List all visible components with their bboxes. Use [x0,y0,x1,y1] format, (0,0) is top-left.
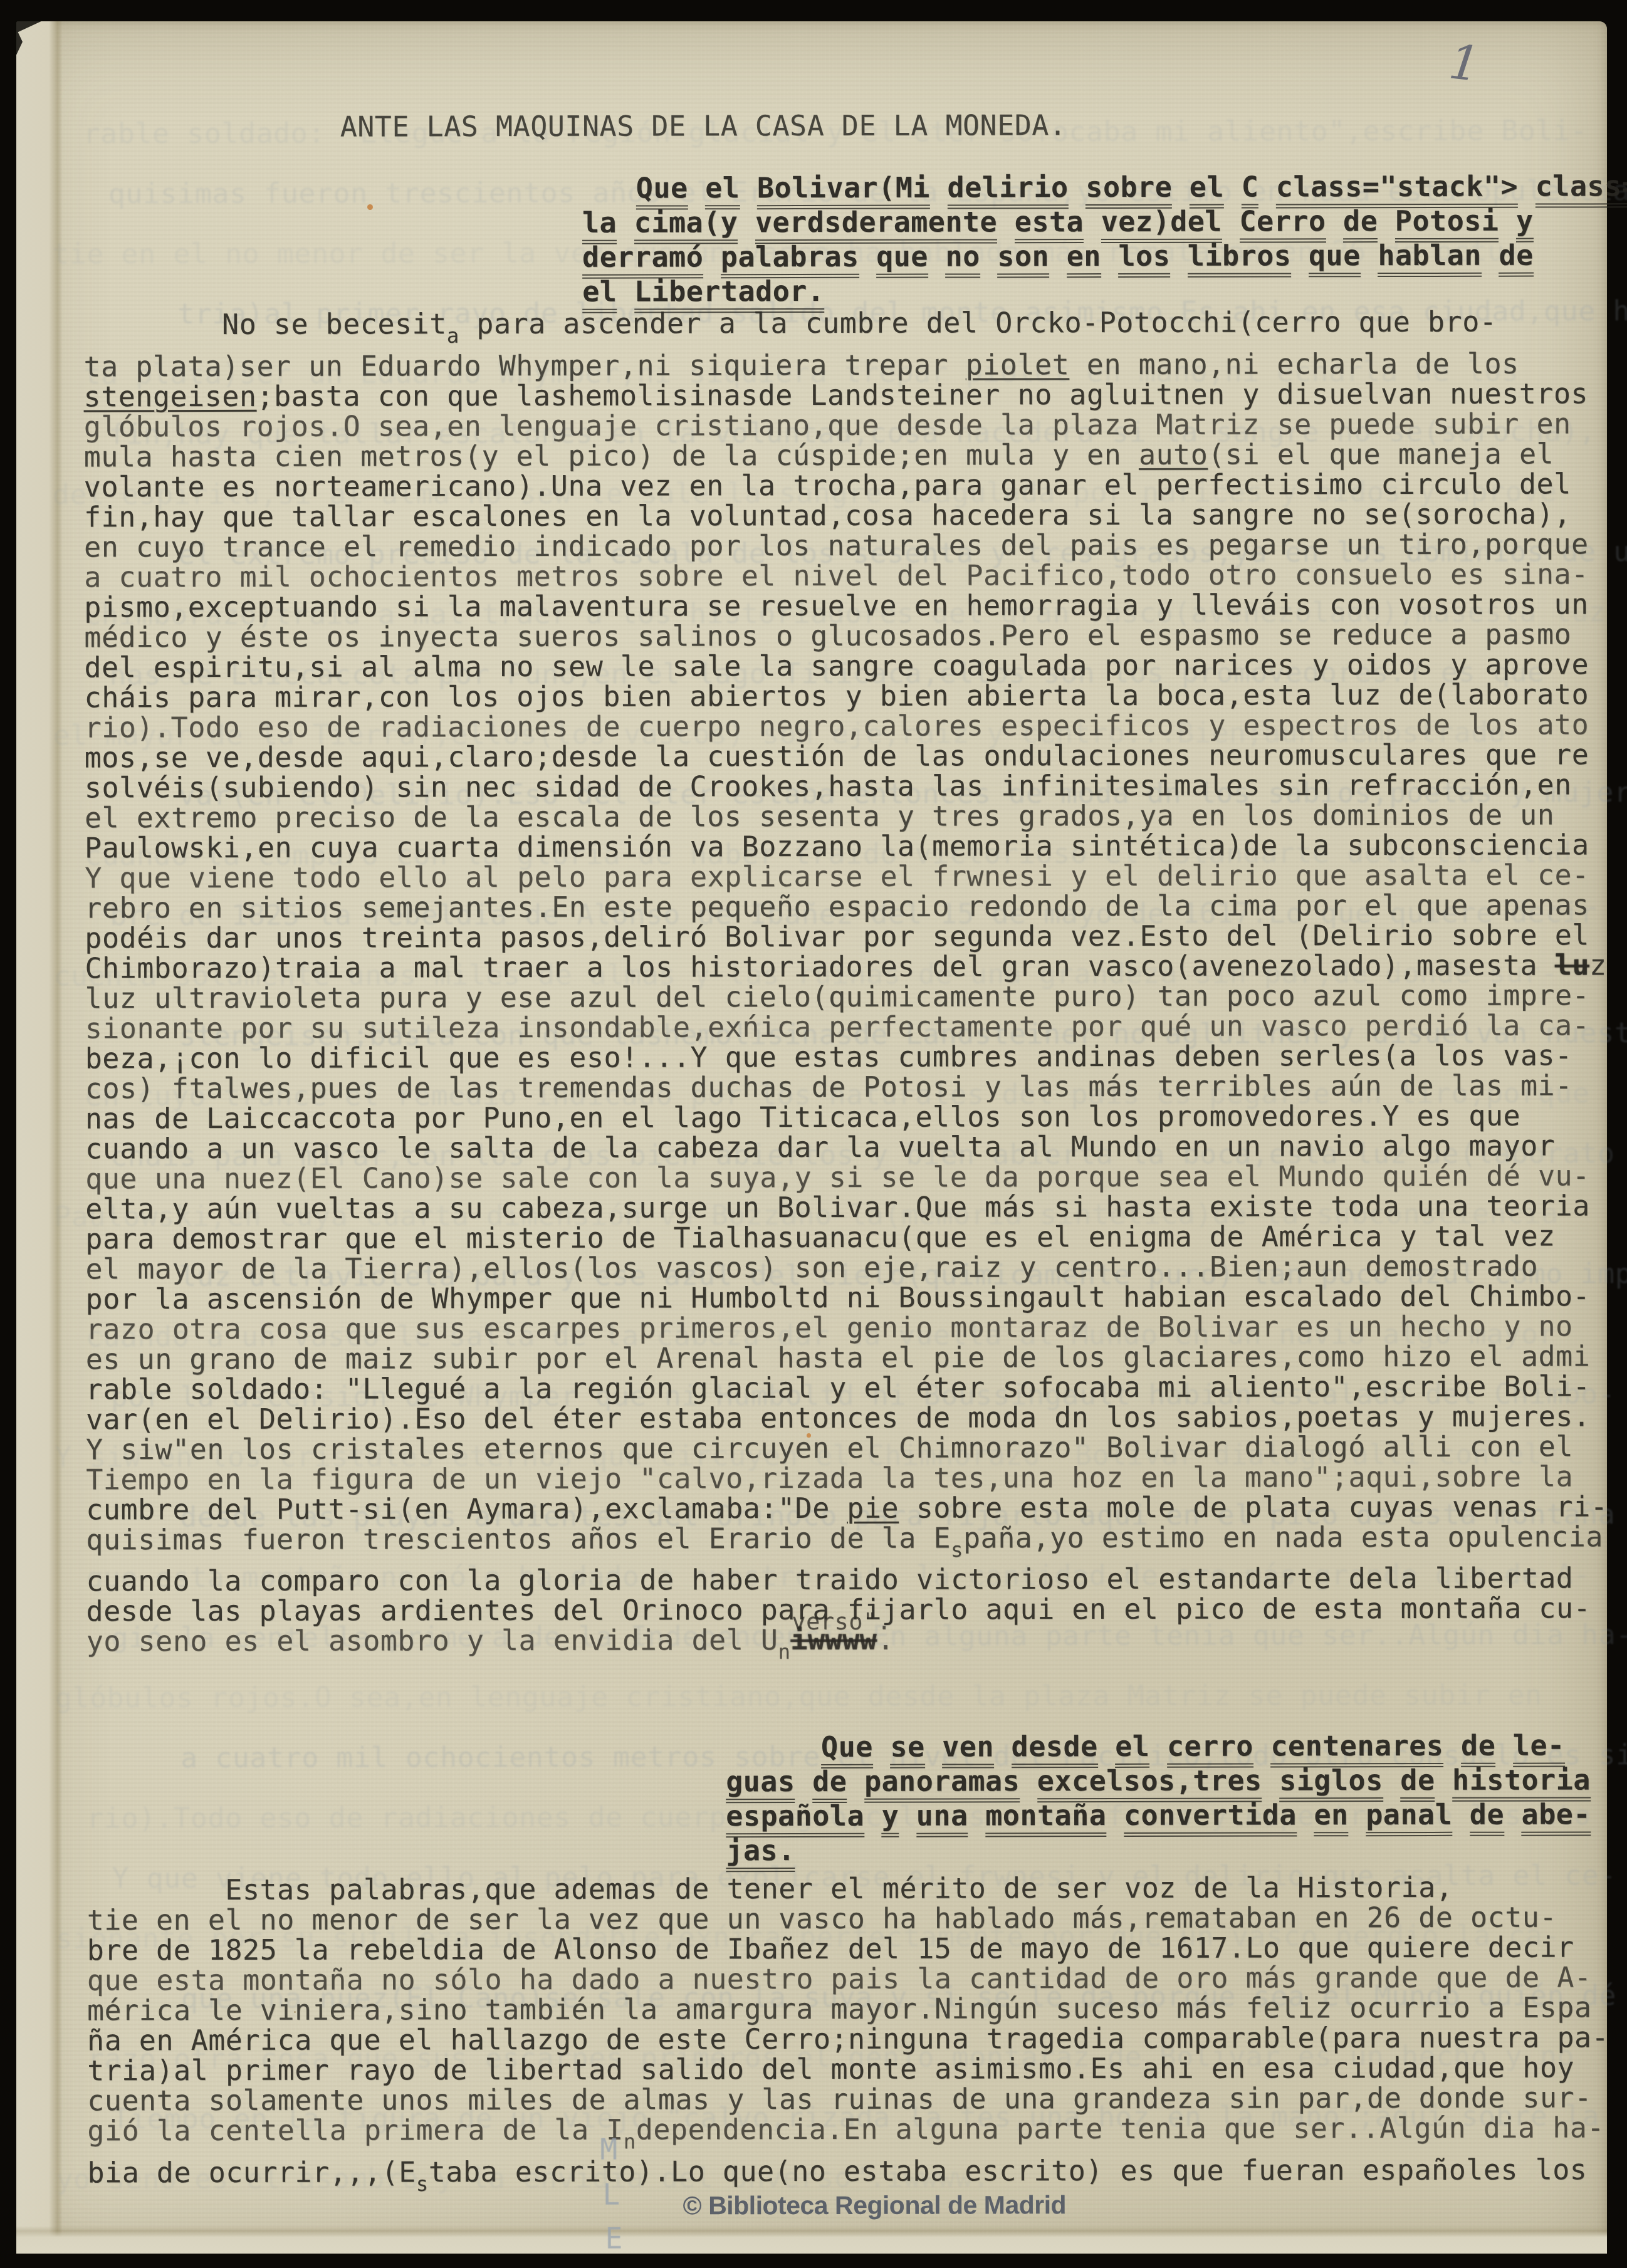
underlined-word: los [1118,239,1170,278]
underlined-word: y [882,1799,899,1837]
paragraph-1: No se becesita para ascender a la cumbre… [83,306,1608,1668]
margin-letter: L [602,2178,620,2212]
text-line: mos,se ve,desde aqui,claro;desde la cues… [85,739,1606,773]
underlined-word: hablan [1378,239,1482,277]
text-line: a cuatro mil ochocientos metros sobre el… [84,559,1606,592]
text-line: que una nuez(El Cano)se sale con la suya… [85,1161,1607,1194]
underlined-word: ven [942,1730,994,1768]
underlined-word: historia [1452,1763,1591,1801]
underlined-word: C [1242,170,1259,209]
underlined-word: española [726,1799,864,1837]
page-content: rable soldado: "Llegué a la región glaci… [14,19,1609,2255]
text-line: mula hasta cien metros(y el pico) de la … [84,439,1606,472]
text-line: cumbre del Putt-si(en Aymara),exclamaba:… [86,1492,1608,1525]
text-line: fin,hay que tallar escalones en la volun… [84,499,1606,532]
underlined-word: una [916,1799,968,1837]
heading-line: derramó palabras que no son en los libro… [582,237,1627,274]
bleedthrough-line: glóbulos rojos.O sea,en lenguaje cristia… [55,1678,1542,1715]
underlined-word: vez)del [1101,205,1222,243]
margin-letter: E [605,2222,623,2255]
text-line: rio).Todo eso de radiaciones de cuerpo n… [85,709,1606,743]
underlined-word: convertida [1124,1798,1297,1837]
underlined-word: verdsderamente [755,205,997,244]
text-line: ta plata)ser un Eduardo Whymper,ni siqui… [83,348,1605,382]
underlined-word: esta [1015,205,1084,243]
underlined-word: Cerro [1239,204,1326,243]
underlined-word: abe- [1522,1797,1591,1836]
text-line: el mayor de la Tierra),ellos(los vascos)… [85,1251,1607,1284]
text-line: médico y éste os inyecta sueros salinos … [84,619,1606,652]
text-line: razo otra cosa que sus escarpes primeros… [86,1311,1608,1344]
heading-line: guas de panoramas excelsos,tres siglos d… [726,1762,1591,1799]
underlined-word: el [1190,170,1224,209]
text-line: cos) ftalwes,pues de las tremendas ducha… [85,1070,1607,1104]
scan-background: { "page_number": "1", "title": "ANTE LAS… [0,0,1627,2268]
underlined-word: son [997,239,1049,278]
underlined-word: Potosi [1395,204,1499,243]
underlined-word: de [1400,1764,1435,1802]
underlined-word: la [582,206,617,244]
text-line: rable soldado: "Llegué a la región glaci… [86,1371,1608,1404]
underlined-word: el [705,171,740,209]
margin-letter: M [600,2133,617,2166]
underlined-word: en [1067,239,1101,278]
text-line: Chimborazo)traia a mal traer a los histo… [85,950,1606,983]
text-line: rebro en sitios semejantes.En este peque… [85,890,1606,923]
heading-line: Que el Bolivar(Mi delirio sobre el C cla… [636,168,1627,206]
underlined-word: cima(y [634,206,738,244]
text-line: solvéis(subiendo) sin nec sidad de Crook… [85,770,1606,803]
text-line: yo seno es el asombro y la envidia del U… [86,1623,1608,1668]
text-line: volante es norteamericano).Una vez en la… [84,469,1606,502]
heading-line: española y una montaña convertida en pan… [726,1797,1591,1833]
text-line: gió la centella primera de la Independen… [87,2113,1609,2158]
underlined-word: que [1309,239,1361,277]
text-line: en cuyo trance el remedio indicado por l… [84,529,1606,562]
text-line: luz ultravioleta pura y ese azul del cie… [85,980,1606,1013]
underlined-word: no [945,239,980,278]
text-line: pismo,exceptuando si la malaventura se r… [84,589,1606,622]
underlined-word: palabras [721,240,859,278]
underlined-word: class="above">hiwmborazo)subió [1535,169,1627,208]
underlined-word: guas [726,1765,795,1803]
library-watermark: © Biblioteca Regional de Madrid [683,2190,1067,2220]
underlined-word: el [1115,1730,1149,1768]
text-line: Tiempo en la figura de un viejo "calvo,r… [86,1461,1608,1495]
text-line: por la ascensión de Whymper que ni Humbo… [85,1281,1607,1314]
text-line: Y que viene todo ello al pelo para expli… [85,860,1606,893]
underlined-word: jas. [726,1834,795,1872]
text-line: es un grano de maiz subir por el Arenal … [86,1341,1608,1374]
underlined-word: desde [1012,1730,1098,1768]
underlined-word: y [1516,204,1534,243]
heading-block-2: Que se ven desde el cerro centenares de … [726,1728,1591,1868]
underlined-word: centenares [1270,1729,1443,1768]
underlined-word: cerro [1167,1730,1253,1768]
heading-line: Que se ven desde el cerro centenares de … [821,1728,1591,1764]
underlined-word: panal [1366,1798,1452,1836]
text-line: beza,¡con lo dificil que es eso!...Y que… [85,1040,1607,1074]
paragraph-2: Estas palabras,que ademas de tener el mé… [86,1872,1609,2199]
text-line: el extremo preciso de la escala de los s… [85,800,1606,833]
underlined-word: derramó [582,240,703,278]
underlined-word: Que [821,1730,873,1769]
heading-block-1: Que el Bolivar(Mi delirio sobre el C cla… [582,168,1627,309]
scanned-manuscript-page: rable soldado: "Llegué a la región glaci… [16,21,1607,2254]
underlined-word: de [1499,239,1533,277]
text-line: glóbulos rojos.O sea,en lenguaje cristia… [84,409,1606,442]
text-line: para demostrar que el misterio de Tialha… [85,1221,1607,1254]
underlined-word: sobre [1086,170,1172,209]
text-line: quisimas fueron trescientos años el Erar… [86,1522,1608,1567]
underlined-word: de [1470,1798,1504,1836]
text-line: del espiritu,si al alma no sew le sale l… [84,649,1606,682]
text-line: podéis dar unos treinta pasos,deliró Bol… [85,920,1606,953]
text-line: Y siw"en los cristales eternos que circu… [86,1431,1608,1465]
underlined-word: se [890,1730,924,1769]
text-line: cuando a un vasco le salta de la cabeza … [85,1131,1607,1164]
underlined-word: class="stack"> [1276,170,1518,209]
document-title: ANTE LAS MAQUINAS DE LA CASA DE LA MONED… [340,108,1067,143]
underlined-word: en [1314,1798,1348,1836]
underlined-word: de [1343,204,1378,243]
underlined-word: Bolivar(Mi [757,171,930,210]
heading-line: la cima(y verdsderamente esta vez)del Ce… [582,202,1627,240]
underlined-word: siglos [1279,1764,1383,1802]
underlined-word: panoramas [864,1764,1020,1803]
text-line: No se becesita para ascender a la cumbre… [83,306,1605,352]
text-line: sionante por su sutileza insondable,exńi… [85,1010,1607,1043]
underlined-word: de [812,1765,847,1803]
underlined-word: Que [636,171,688,209]
text-line: Paulowski,en cuya cuarta dimensión va Bo… [85,830,1606,863]
text-line: nas de Laiccaccota por Puno,en el lago T… [85,1100,1607,1134]
underlined-word: le- [1513,1728,1565,1767]
text-line: cháis para mirar,con los ojos bien abier… [84,679,1606,713]
underlined-word: delirio [947,170,1068,209]
text-line: stengeisen;basta con que lashemolisinasd… [83,379,1605,412]
underlined-word: excelsos,tres [1037,1764,1262,1802]
underlined-word: libros [1188,239,1292,277]
underlined-word: montaña [985,1799,1106,1837]
text-line: var(en el Delirio).Eso del éter estaba e… [86,1401,1608,1434]
text-line: elta,y aún vueltas a su cabeza,surge un … [85,1191,1607,1224]
page-number-annotation: 1 [1446,33,1483,92]
underlined-word: de [1461,1729,1495,1767]
underlined-word: que [876,240,928,278]
